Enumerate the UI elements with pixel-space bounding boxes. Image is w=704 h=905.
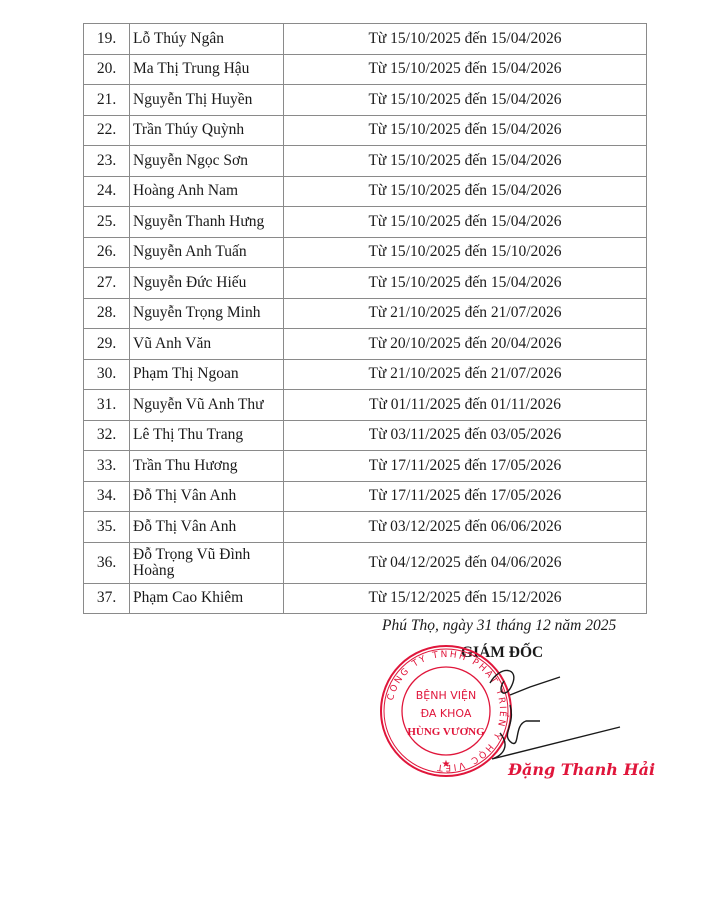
table-row: 21. Nguyễn Thị Huyền Từ 15/10/2025 đến 1… [84,85,647,116]
staff-name: Phạm Thị Ngoan [130,359,284,390]
signature-icon [470,655,630,765]
staff-name: Đỗ Thị Vân Anh [130,512,284,543]
row-number: 27. [84,268,130,299]
period: Từ 03/11/2025 đến 03/05/2026 [284,420,647,451]
staff-name: Trần Thu Hương [130,451,284,482]
svg-text:★: ★ [442,759,451,770]
row-number: 25. [84,207,130,238]
place-date: Phú Thọ, ngày 31 tháng 12 năm 2025 [382,617,616,635]
period: Từ 15/10/2025 đến 15/10/2026 [284,237,647,268]
table-row: 31. Nguyễn Vũ Anh Thư Từ 01/11/2025 đến … [84,390,647,421]
row-number: 35. [84,512,130,543]
period: Từ 15/10/2025 đến 15/04/2026 [284,54,647,85]
table-row: 19. Lỗ Thúy Ngân Từ 15/10/2025 đến 15/04… [84,24,647,55]
table-row: 25. Nguyễn Thanh Hưng Từ 15/10/2025 đến … [84,207,647,238]
staff-name: Nguyễn Anh Tuấn [130,237,284,268]
staff-name: Nguyễn Thanh Hưng [130,207,284,238]
staff-name: Lỗ Thúy Ngân [130,24,284,55]
staff-name: Ma Thị Trung Hậu [130,54,284,85]
table-row: 27. Nguyễn Đức Hiếu Từ 15/10/2025 đến 15… [84,268,647,299]
table-row: 24. Hoàng Anh Nam Từ 15/10/2025 đến 15/0… [84,176,647,207]
table-row: 37. Phạm Cao Khiêm Từ 15/12/2025 đến 15/… [84,583,647,614]
row-number: 36. [84,542,130,583]
period: Từ 15/12/2025 đến 15/12/2026 [284,583,647,614]
table-row: 32. Lê Thị Thu Trang Từ 03/11/2025 đến 0… [84,420,647,451]
period: Từ 21/10/2025 đến 21/07/2026 [284,359,647,390]
row-number: 21. [84,85,130,116]
row-number: 22. [84,115,130,146]
row-number: 37. [84,583,130,614]
staff-name: Phạm Cao Khiêm [130,583,284,614]
table-row: 34. Đỗ Thị Vân Anh Từ 17/11/2025 đến 17/… [84,481,647,512]
table-row: 29. Vũ Anh Văn Từ 20/10/2025 đến 20/04/2… [84,329,647,360]
stamp-line-2: ĐA KHOA [421,707,472,720]
period: Từ 15/10/2025 đến 15/04/2026 [284,176,647,207]
row-number: 33. [84,451,130,482]
table-row: 35. Đỗ Thị Vân Anh Từ 03/12/2025 đến 06/… [84,512,647,543]
row-number: 34. [84,481,130,512]
staff-name: Lê Thị Thu Trang [130,420,284,451]
row-number: 30. [84,359,130,390]
row-number: 19. [84,24,130,55]
staff-name: Nguyễn Ngọc Sơn [130,146,284,177]
table-row: 26. Nguyễn Anh Tuấn Từ 15/10/2025 đến 15… [84,237,647,268]
staff-name: Nguyễn Đức Hiếu [130,268,284,299]
row-number: 32. [84,420,130,451]
period: Từ 03/12/2025 đến 06/06/2026 [284,512,647,543]
row-number: 29. [84,329,130,360]
staff-period-table: 19. Lỗ Thúy Ngân Từ 15/10/2025 đến 15/04… [83,23,647,614]
table-row: 23. Nguyễn Ngọc Sơn Từ 15/10/2025 đến 15… [84,146,647,177]
period: Từ 20/10/2025 đến 20/04/2026 [284,329,647,360]
period: Từ 15/10/2025 đến 15/04/2026 [284,115,647,146]
staff-name: Trần Thúy Quỳnh [130,115,284,146]
period: Từ 04/12/2025 đến 04/06/2026 [284,542,647,583]
staff-name: Hoàng Anh Nam [130,176,284,207]
staff-name: Đỗ Trọng Vũ Đình Hoàng [130,542,284,583]
table-row: 30. Phạm Thị Ngoan Từ 21/10/2025 đến 21/… [84,359,647,390]
table-row: 28. Nguyễn Trọng Minh Từ 21/10/2025 đến … [84,298,647,329]
period: Từ 15/10/2025 đến 15/04/2026 [284,24,647,55]
staff-name: Nguyễn Vũ Anh Thư [130,390,284,421]
row-number: 20. [84,54,130,85]
row-number: 26. [84,237,130,268]
row-number: 28. [84,298,130,329]
stamp-line-1: BỆNH VIỆN [416,689,476,702]
table-row: 22. Trần Thúy Quỳnh Từ 15/10/2025 đến 15… [84,115,647,146]
row-number: 31. [84,390,130,421]
period: Từ 01/11/2025 đến 01/11/2026 [284,390,647,421]
period: Từ 15/10/2025 đến 15/04/2026 [284,207,647,238]
table-row: 36. Đỗ Trọng Vũ Đình Hoàng Từ 04/12/2025… [84,542,647,583]
period: Từ 15/10/2025 đến 15/04/2026 [284,146,647,177]
staff-name: Nguyễn Thị Huyền [130,85,284,116]
period: Từ 15/10/2025 đến 15/04/2026 [284,268,647,299]
table-row: 20. Ma Thị Trung Hậu Từ 15/10/2025 đến 1… [84,54,647,85]
period: Từ 21/10/2025 đến 21/07/2026 [284,298,647,329]
staff-name: Đỗ Thị Vân Anh [130,481,284,512]
document-page: 19. Lỗ Thúy Ngân Từ 15/10/2025 đến 15/04… [0,0,704,905]
signer-name: Đặng Thanh Hải [508,760,655,779]
period: Từ 17/11/2025 đến 17/05/2026 [284,481,647,512]
staff-name: Nguyễn Trọng Minh [130,298,284,329]
table-row: 33. Trần Thu Hương Từ 17/11/2025 đến 17/… [84,451,647,482]
row-number: 24. [84,176,130,207]
period: Từ 17/11/2025 đến 17/05/2026 [284,451,647,482]
period: Từ 15/10/2025 đến 15/04/2026 [284,85,647,116]
row-number: 23. [84,146,130,177]
staff-name: Vũ Anh Văn [130,329,284,360]
